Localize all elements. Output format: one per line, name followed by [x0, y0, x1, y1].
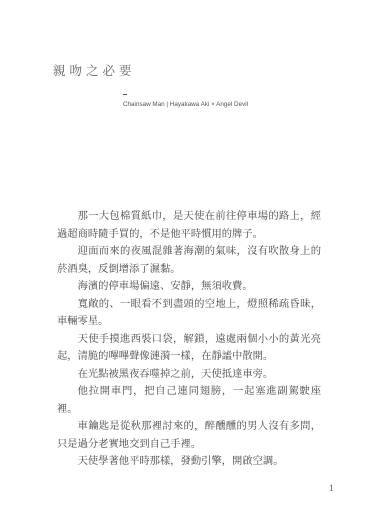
page-number: 1	[329, 483, 334, 493]
paragraph: 他拉開車門，把自己連同翅膀，一起塞進副駕駛座裡。	[57, 383, 321, 418]
paragraph: 車鑰匙是從秋那裡討來的，醉醺醺的男人沒有多問，只是過分老實地交到自己手裡。	[57, 418, 321, 453]
paragraph: 寬敞的、一眼看不到盡頭的空地上，燈照稀疏昏昧，車輛零星。	[57, 296, 321, 331]
story-body: 那一大包棉質紙巾，是天使在前往停車場的路上，經過超商時隨手買的，不是他平時慣用的…	[57, 208, 321, 471]
story-subtitle: Chainsaw Man | Hayakawa Aki × Angel Devi…	[123, 101, 248, 108]
paragraph: 天使學著他平時那樣，發動引擎，開啟空調。	[57, 453, 321, 471]
paragraph: 迎面而來的夜風混雜著海潮的氣味，沒有吹散身上的菸酒臭，反倒增添了濕黏。	[57, 243, 321, 278]
paragraph: 在光點被黑夜吞噬掉之前，天使抵達車旁。	[57, 366, 321, 384]
paragraph: 海濱的停車場偏遠、安靜，無須收費。	[57, 278, 321, 296]
story-title: 親吻之必要	[53, 61, 136, 79]
paragraph: 天使手摸進西裝口袋，解鎖，遠處兩個小小的黃光亮起，清脆的嗶嗶聲像漣漪一樣，在靜謐…	[57, 331, 321, 366]
title-separator-dash	[123, 94, 127, 95]
paragraph: 那一大包棉質紙巾，是天使在前往停車場的路上，經過超商時隨手買的，不是他平時慣用的…	[57, 208, 321, 243]
